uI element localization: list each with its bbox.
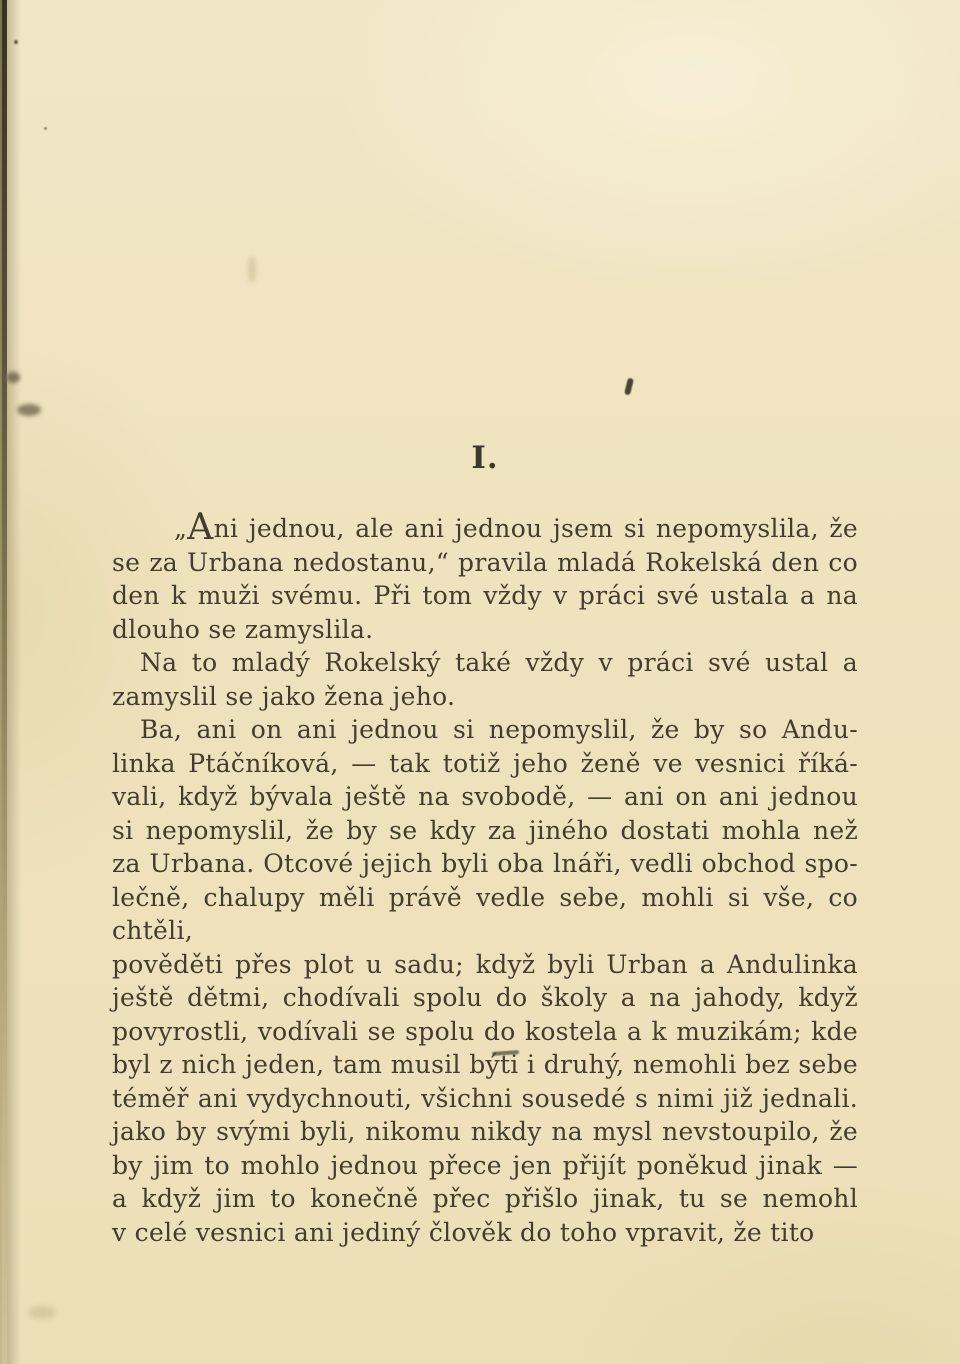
text-line-rest: ni jednou, ale ani jednou jsem si nepomy…: [214, 514, 858, 543]
text-line: pověděti přes plot u sadu; když byli Urb…: [112, 948, 858, 982]
paragraph-3: Ba, ani on ani jednou si nepomyslil, že …: [112, 713, 858, 1249]
chapter-heading: I.: [112, 440, 858, 476]
text-line: téměř ani vydychnouti, všichni sousedé s…: [112, 1082, 858, 1116]
text-line: ještě dětmi, chodívali spolu do školy a …: [112, 981, 858, 1015]
text-line: vali, když bývala ještě na svobodě, — an…: [112, 780, 858, 814]
text-line: dlouho se zamyslila.: [112, 613, 858, 647]
faint-streak-artifact: [248, 256, 256, 283]
text-line: den k muži svému. Při tom vždy v práci s…: [112, 579, 858, 613]
text-line: a když jim to konečně přec přišlo jinak,…: [112, 1182, 858, 1216]
ink-slash-artifact: [624, 378, 634, 396]
text-line: si nepomyslil, že by se kdy za jiného do…: [112, 814, 858, 848]
faint-smudge-artifact: [28, 1306, 56, 1319]
text-line: by jim to mohlo jednou přece jen přijít …: [112, 1149, 858, 1183]
text-line: byl z nich jeden, tam musil býti i druhý…: [112, 1048, 858, 1082]
text-line: Na to mladý Rokelský také vždy v práci s…: [112, 646, 858, 680]
initial-letter: A: [187, 507, 213, 548]
paragraph-1: „Ani jednou, ale ani jednou jsem si nepo…: [112, 512, 858, 646]
text-line: povyrostli, vodívali se spolu do kostela…: [112, 1015, 858, 1049]
scanned-page: I. „Ani jednou, ale ani jednou jsem si n…: [0, 0, 960, 1364]
text-line: lečně, chalupy měli právě vedle sebe, mo…: [112, 881, 858, 948]
ink-dot-artifact: [44, 127, 47, 130]
text-line: se za Urbana nedostanu,“ pravila mladá R…: [112, 546, 858, 580]
open-quote: „: [174, 514, 187, 543]
paragraph-2: Na to mladý Rokelský také vždy v práci s…: [112, 646, 858, 713]
text-block: I. „Ani jednou, ale ani jednou jsem si n…: [112, 440, 858, 1249]
left-book-edge-highlight: [0, 0, 2, 1364]
text-line: jako by svými byli, nikomu nikdy na mysl…: [112, 1115, 858, 1149]
left-edge-soft-shadow: [7, 0, 21, 1364]
text-line: Ba, ani on ani jednou si nepomyslil, že …: [112, 713, 858, 747]
text-line: „Ani jednou, ale ani jednou jsem si nepo…: [112, 512, 858, 546]
text-line: za Urbana. Otcové jejich byli oba lnáři,…: [112, 847, 858, 881]
text-line: zamyslil se jako žena jeho.: [112, 680, 858, 714]
text-line: linka Ptáčníková, — tak totiž jeho ženě …: [112, 747, 858, 781]
text-line: v celé vesnici ani jediný člověk do toho…: [112, 1216, 858, 1250]
left-book-edge-shadow: [0, 0, 7, 1364]
